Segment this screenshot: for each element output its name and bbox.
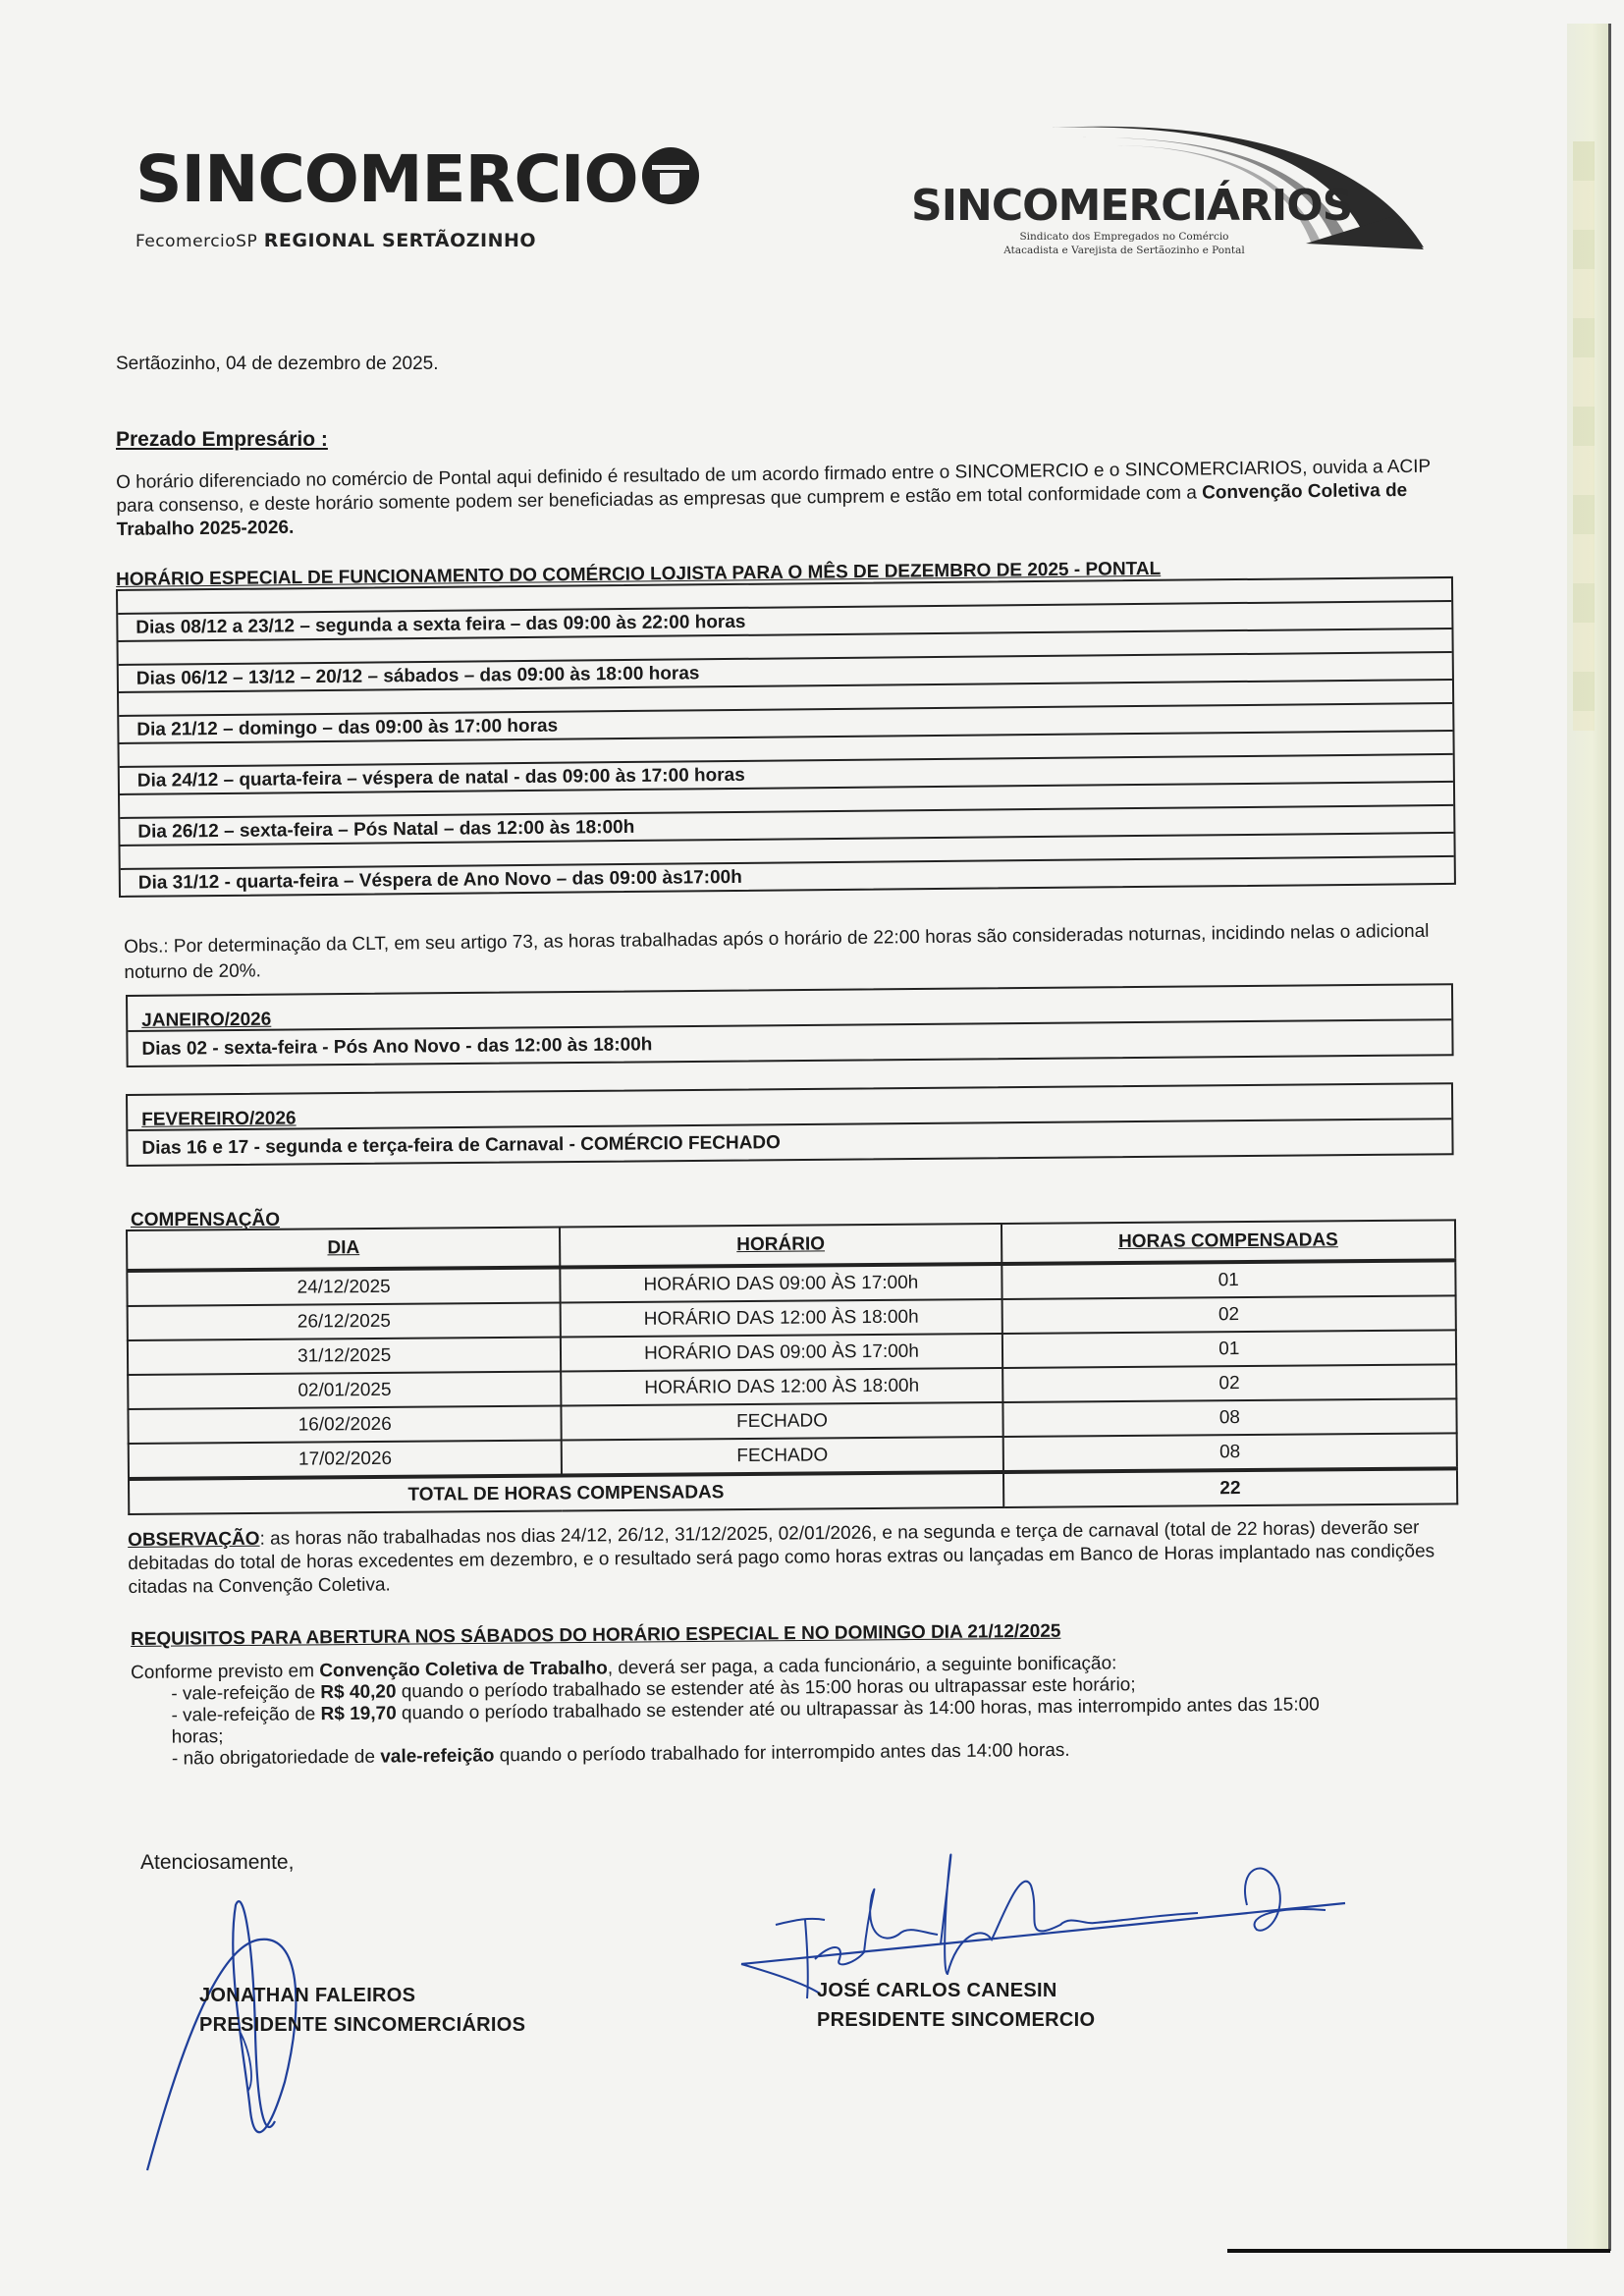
sincomercio-emblem-icon — [642, 147, 699, 204]
cell-horario: HORÁRIO DAS 12:00 ÀS 18:00h — [561, 1368, 1002, 1406]
sincomerciarios-tagline: Sindicato dos Empregados no Comércio Ata… — [992, 230, 1257, 257]
cell-horas: 01 — [1001, 1330, 1456, 1368]
january-box: JANEIRO/2026 Dias 02 - sexta-feira - Pós… — [126, 983, 1454, 1067]
signatory-1-title: PRESIDENTE SINCOMERCIÁRIOS — [199, 2010, 525, 2040]
intro-paragraph: O horário diferenciado no comércio de Po… — [116, 455, 1452, 542]
column-header-horas: HORAS COMPENSADAS — [1001, 1220, 1456, 1264]
column-header-dia: DIA — [127, 1228, 561, 1271]
cell-horas: 02 — [1001, 1295, 1456, 1334]
observation-label: OBSERVAÇÃO — [128, 1529, 260, 1551]
cell-horas: 01 — [1001, 1260, 1456, 1299]
cell-dia: 17/02/2026 — [129, 1441, 563, 1479]
signatory-1: JONATHAN FALEIROS PRESIDENTE SINCOMERCIÁ… — [199, 1981, 525, 2040]
scan-edge-strip — [1567, 24, 1611, 2251]
february-box: FEVEREIRO/2026 Dias 16 e 17 - segunda e … — [126, 1082, 1454, 1167]
sincomercio-brand: SINCOMERCIO — [135, 147, 638, 212]
tagline-line-2: Atacadista e Varejista de Sertãozinho e … — [992, 244, 1257, 257]
observation-paragraph: OBSERVAÇÃO: as horas não trabalhadas nos… — [128, 1516, 1464, 1600]
signatory-2: JOSÉ CARLOS CANESIN PRESIDENTE SINCOMERC… — [817, 1976, 1095, 2035]
cell-horario: FECHADO — [562, 1402, 1003, 1441]
signatory-2-name: JOSÉ CARLOS CANESIN — [817, 1976, 1095, 2005]
regional-label: REGIONAL SERTÃOZINHO — [264, 230, 536, 251]
requirements-body: Conforme previsto em Convenção Coletiva … — [131, 1650, 1467, 1771]
tagline-line-1: Sindicato dos Empregados no Comércio — [992, 230, 1257, 244]
cell-dia: 02/01/2025 — [128, 1372, 562, 1409]
sincomercio-subtitle: FecomercioSP REGIONAL SERTÃOZINHO — [135, 230, 699, 251]
sincomerciarios-logo: SINCOMERCIÁRIOS Sindicato dos Empregados… — [903, 118, 1424, 265]
requirements-title: REQUISITOS PARA ABERTURA NOS SÁBADOS DO … — [131, 1621, 1061, 1651]
fecomercio-label: FecomercioSP — [135, 232, 257, 251]
cell-horas: 08 — [1002, 1398, 1457, 1437]
cell-dia: 31/12/2025 — [128, 1338, 562, 1375]
salutation: Prezado Empresário : — [116, 429, 328, 451]
clt-note: Obs.: Por determinação da CLT, em seu ar… — [124, 918, 1460, 986]
cell-dia: 16/02/2026 — [128, 1406, 562, 1444]
december-schedule-table: Dias 08/12 a 23/12 – segunda a sexta fei… — [116, 576, 1456, 898]
column-header-horario: HORÁRIO — [560, 1224, 1001, 1268]
cell-dia: 26/12/2025 — [128, 1303, 562, 1340]
observation-text: : as horas não trabalhadas nos dias 24/1… — [128, 1517, 1435, 1598]
sincomercio-logo: SINCOMERCIO FecomercioSP REGIONAL SERTÃO… — [135, 147, 699, 251]
total-value: 22 — [1003, 1468, 1458, 1507]
cell-horas: 08 — [1002, 1433, 1457, 1472]
compensation-table: DIA HORÁRIO HORAS COMPENSADAS 24/12/2025… — [126, 1219, 1458, 1515]
cell-horario: HORÁRIO DAS 09:00 ÀS 17:00h — [561, 1264, 1002, 1303]
cell-dia: 24/12/2025 — [127, 1268, 561, 1306]
cell-horario: FECHADO — [562, 1437, 1003, 1476]
total-label: TOTAL DE HORAS COMPENSADAS — [129, 1472, 1003, 1514]
scanned-letter: SINCOMERCIO FecomercioSP REGIONAL SERTÃO… — [0, 0, 1624, 2296]
signatory-1-name: JONATHAN FALEIROS — [199, 1981, 525, 2010]
scan-bottom-rule — [1227, 2249, 1610, 2253]
cell-horario: HORÁRIO DAS 09:00 ÀS 17:00h — [561, 1334, 1002, 1372]
closing-text: Atenciosamente, — [140, 1852, 294, 1874]
cell-horario: HORÁRIO DAS 12:00 ÀS 18:00h — [561, 1299, 1002, 1338]
signatory-2-title: PRESIDENTE SINCOMERCIO — [817, 2005, 1095, 2035]
cell-horas: 02 — [1002, 1364, 1457, 1402]
sincomerciarios-brand: SINCOMERCIÁRIOS — [911, 181, 1352, 231]
letter-date: Sertãozinho, 04 de dezembro de 2025. — [116, 354, 439, 375]
